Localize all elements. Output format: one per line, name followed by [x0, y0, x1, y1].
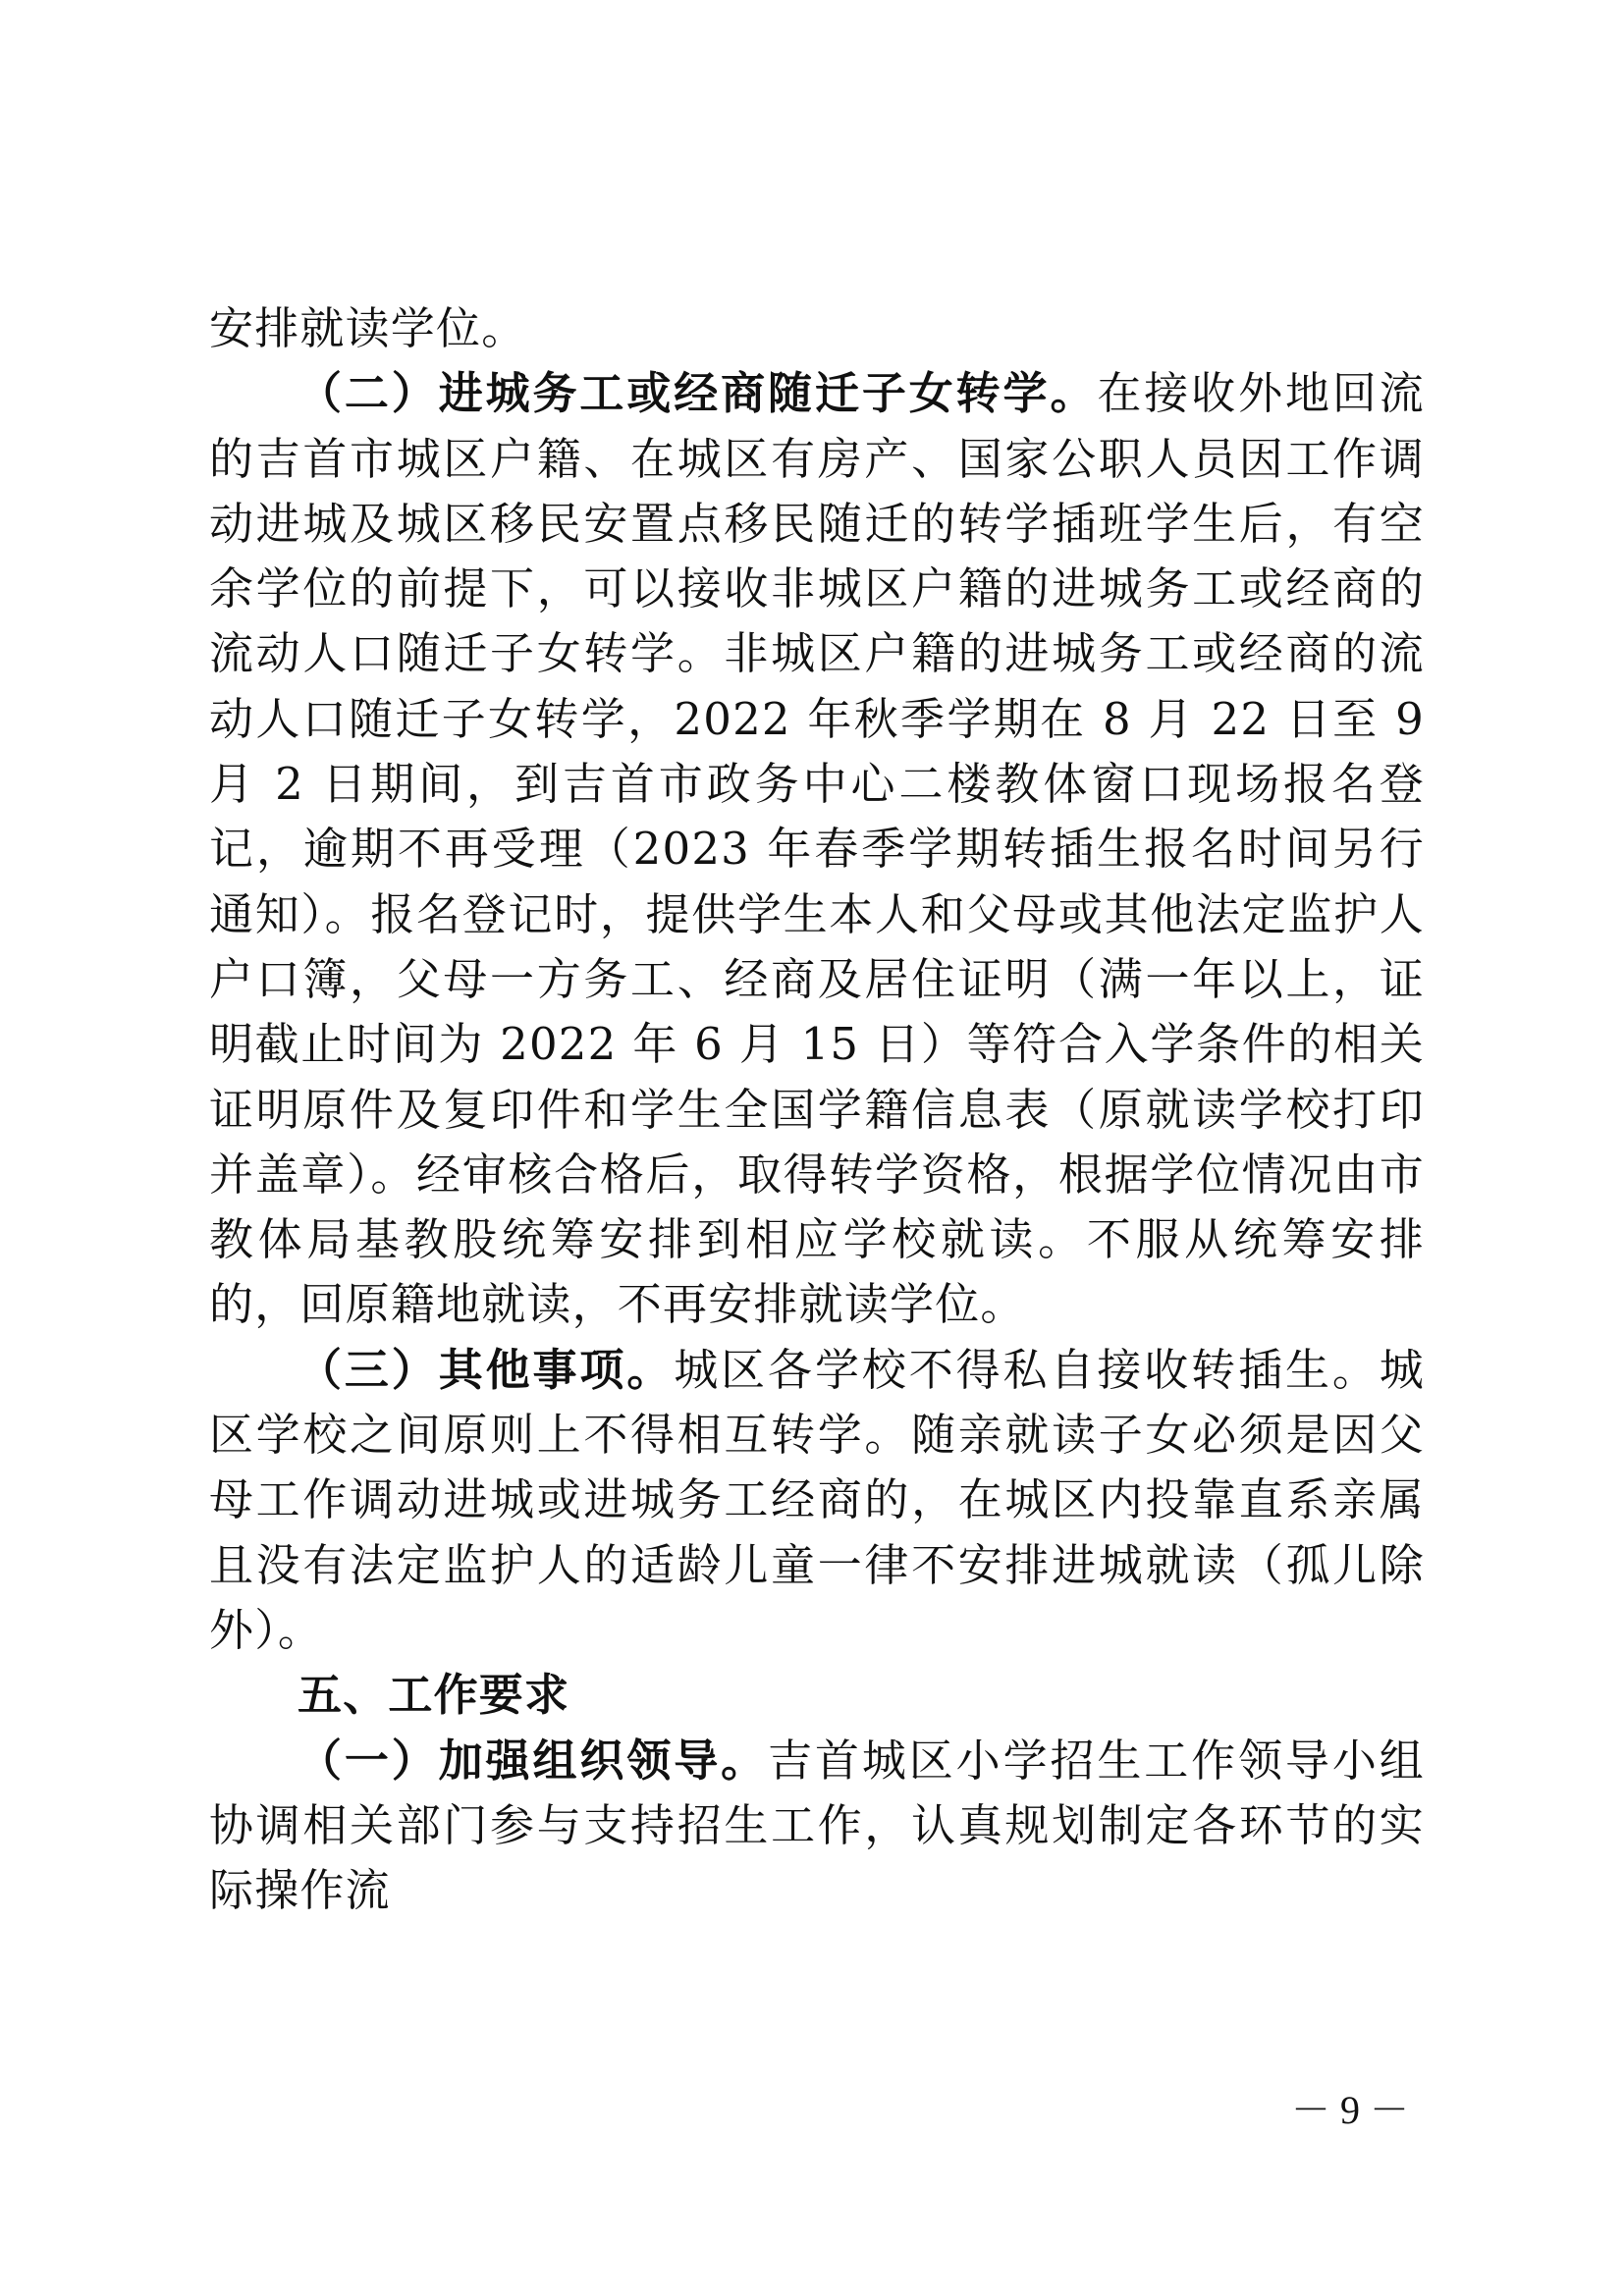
paragraph-text: 安排就读学位。 [209, 302, 526, 354]
item-heading: （一）加强组织领导。 [298, 1735, 768, 1787]
document-page: 安排就读学位。 （二）进城务工或经商随迁子女转学。在接收外地回流的吉首市城区户籍… [0, 0, 1624, 2296]
continuation-paragraph: 安排就读学位。 [209, 296, 1425, 361]
transfer-migrant-children-paragraph: （二）进城务工或经商随迁子女转学。在接收外地回流的吉首市城区户籍、在城区有房产、… [209, 361, 1425, 1337]
item-heading: （三）其他事项。 [298, 1344, 674, 1396]
document-body: 安排就读学位。 （二）进城务工或经商随迁子女转学。在接收外地回流的吉首市城区户籍… [209, 296, 1425, 1923]
item-heading: （二）进城务工或经商随迁子女转学。 [298, 367, 1097, 419]
organization-leadership-paragraph: （一）加强组织领导。吉首城区小学招生工作领导小组协调相关部门参与支持招生工作，认… [209, 1729, 1425, 1924]
other-matters-paragraph: （三）其他事项。城区各学校不得私自接收转插生。城区学校之间原则上不得相互转学。随… [209, 1338, 1425, 1663]
page-number: － 9 － [1276, 2079, 1424, 2135]
paragraph-text: 在接收外地回流的吉首市城区户籍、在城区有房产、国家公职人员因工作调动进城及城区移… [209, 367, 1425, 1330]
section-heading-work-requirements: 五、工作要求 [209, 1663, 1425, 1728]
